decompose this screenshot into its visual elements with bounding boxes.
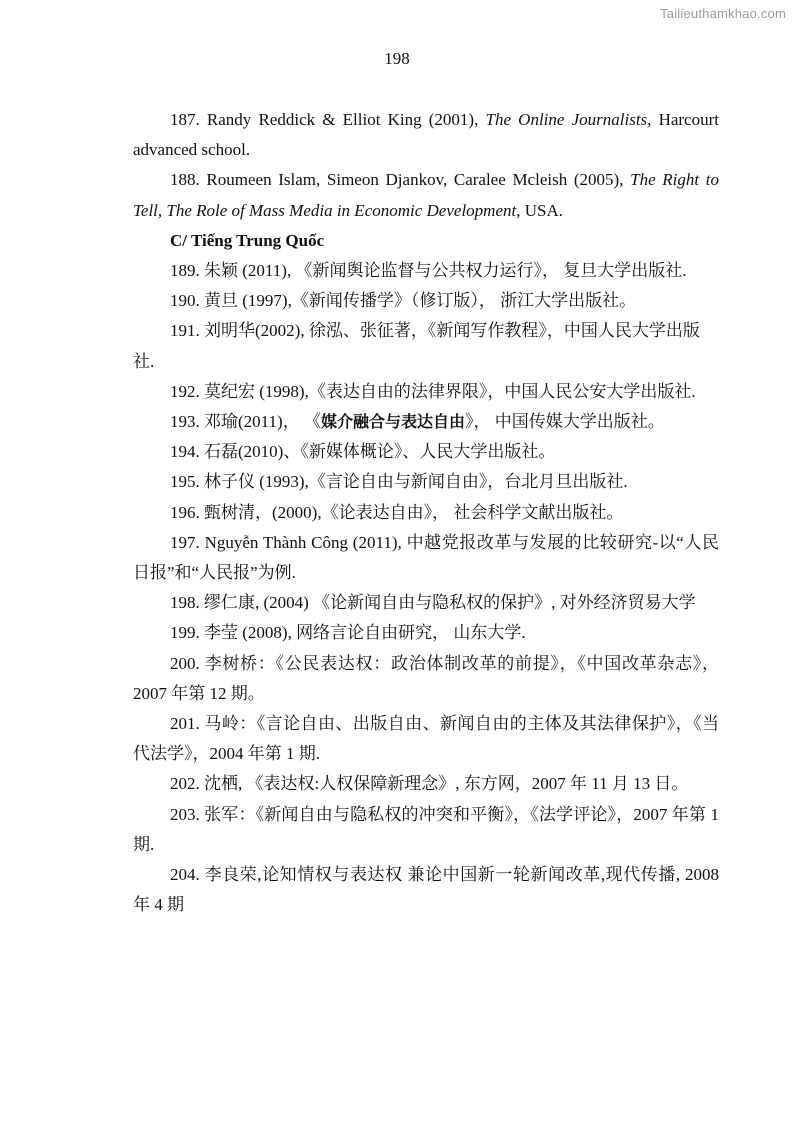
reference-text: 193. 邓瑜(2011)， 《 [170, 412, 321, 431]
reference-191: 191. 刘明华(2002), 徐泓、张征著，《新闻写作教程》，中国人民大学出版… [133, 316, 719, 376]
reference-200: 200. 李树桥：《公民表达权：政治体制改革的前提》，《中国改革杂志》，2007… [133, 649, 719, 709]
page-number: 198 [0, 49, 794, 69]
watermark: Tailieuthamkhao.com [660, 6, 786, 21]
reference-203: 203. 张军：《新闻自由与隐私权的冲突和平衡》，《法学评论》，2007 年第 … [133, 800, 719, 860]
reference-187: 187. Randy Reddick & Elliot King (2001),… [133, 105, 719, 165]
reference-text: 》， 中国传媒大学出版社。 [465, 412, 665, 431]
reference-202: 202. 沈栖, 《表达权:人权保障新理念》, 东方网，2007 年 11 月 … [133, 769, 719, 799]
reference-196: 196. 甄树清，(2000),《论表达自由》， 社会科学文献出版社。 [133, 498, 719, 528]
reference-188: 188. Roumeen Islam, Simeon Djankov, Cara… [133, 165, 719, 225]
reference-text: 188. Roumeen Islam, Simeon Djankov, Cara… [170, 170, 630, 189]
reference-list: 187. Randy Reddick & Elliot King (2001),… [133, 105, 719, 920]
reference-189: 189. 朱颖 (2011), 《新闻舆论监督与公共权力运行》， 复旦大学出版社… [133, 256, 719, 286]
reference-193: 193. 邓瑜(2011)， 《媒介融合与表达自由》， 中国传媒大学出版社。 [133, 407, 719, 437]
section-heading: C/ Tiếng Trung Quốc [133, 226, 719, 256]
reference-190: 190. 黄旦 (1997),《新闻传播学》（修订版）， 浙江大学出版社。 [133, 286, 719, 316]
reference-text: , USA. [516, 201, 563, 220]
reference-192: 192. 莫纪宏 (1998),《表达自由的法律界限》，中国人民公安大学出版社. [133, 377, 719, 407]
reference-title-bold: 媒介融合与表达自由 [321, 412, 465, 431]
reference-198: 198. 缪仁康, (2004) 《论新闻自由与隐私权的保护》, 对外经济贸易大… [133, 588, 719, 618]
reference-204: 204. 李良荣,论知情权与表达权 兼论中国新一轮新闻改革,现代传播, 2008… [133, 860, 719, 920]
reference-201: 201. 马岭：《言论自由、出版自由、新闻自由的主体及其法律保护》，《当代法学》… [133, 709, 719, 769]
reference-195: 195. 林子仪 (1993),《言论自由与新闻自由》，台北月旦出版社. [133, 467, 719, 497]
reference-title: The Online Journalists [486, 110, 648, 129]
reference-199: 199. 李莹 (2008), 网络言论自由研究， 山东大学. [133, 618, 719, 648]
reference-194: 194. 石磊(2010)、《新媒体概论》、人民大学出版社。 [133, 437, 719, 467]
reference-197: 197. Nguyễn Thành Công (2011), 中越党报改革与发展… [133, 528, 719, 588]
reference-text: 187. Randy Reddick & Elliot King (2001), [170, 110, 486, 129]
